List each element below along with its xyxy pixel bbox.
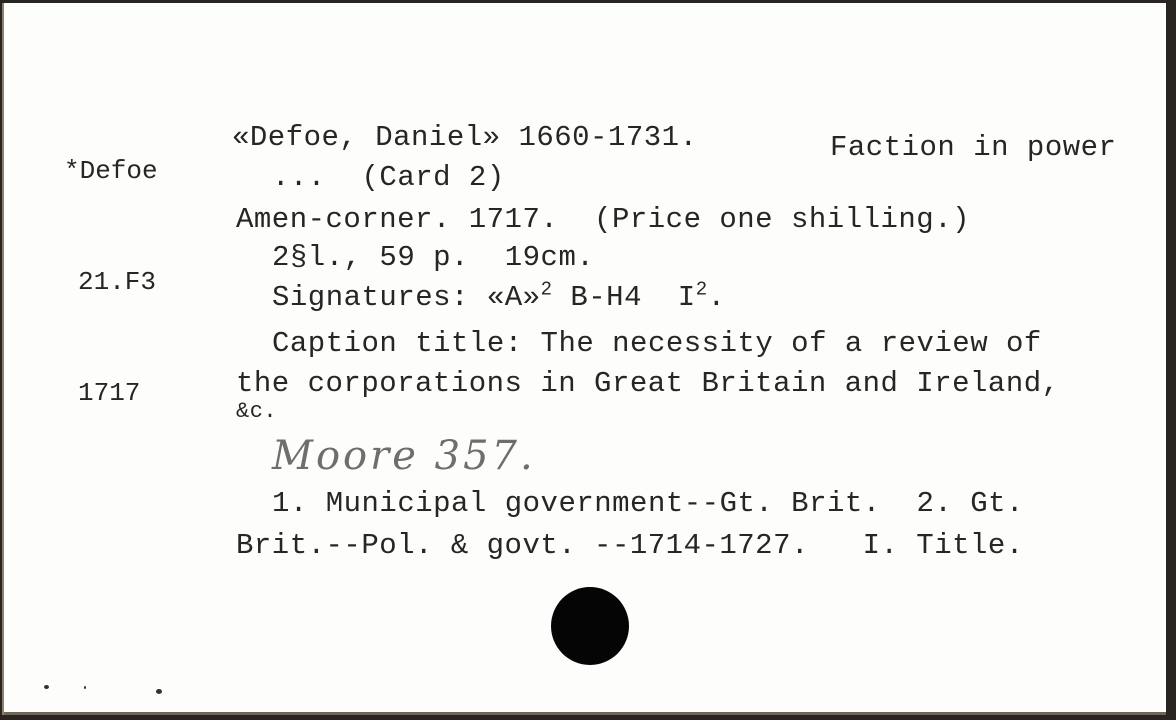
collation: 2§l., 59 p. 19cm. [272, 241, 594, 274]
signatures: Signatures: «A»2 B-H4 I2. [272, 281, 726, 314]
call-number-line-1: *Defoe [64, 153, 158, 190]
signatures-label: Signatures: [272, 281, 469, 314]
speck [44, 685, 49, 689]
handwritten-note: Moore 357. [272, 433, 536, 479]
author-heading: «Defoe, Daniel» 1660-1731. [232, 121, 697, 154]
card-edge [4, 712, 1166, 715]
signatures-end: . [708, 281, 726, 314]
speck [156, 689, 162, 694]
call-number: *Defoe 21.F3 1717 [64, 79, 158, 486]
imprint: Amen-corner. 1717. (Price one shilling.) [236, 203, 970, 236]
punch-hole [551, 587, 629, 665]
call-number-line-2: 21.F3 [64, 264, 158, 301]
signatures-sup-a: 2 [541, 278, 553, 300]
card-continuation: ... (Card 2) [272, 161, 505, 194]
tracings-line-2: Brit.--Pol. & govt. --1714-1727. I. Titl… [236, 529, 1024, 562]
signatures-b: B-H4 I [552, 281, 695, 314]
speck [84, 686, 86, 689]
call-number-line-3: 1717 [64, 375, 158, 412]
catalog-card: *Defoe 21.F3 1717 «Defoe, Daniel» 1660-1… [2, 3, 1170, 715]
signatures-sup-b: 2 [696, 278, 708, 300]
caption-title-line-2: the corporations in Great Britain and Ir… [236, 367, 1060, 400]
caption-title-line-3: &c. [236, 399, 277, 424]
tracings-line-1: 1. Municipal government--Gt. Brit. 2. Gt… [272, 487, 1024, 520]
title-fragment: Faction in power [830, 131, 1116, 164]
caption-title-line-1: Caption title: The necessity of a review… [272, 327, 1042, 360]
signatures-a: «A» [487, 281, 541, 314]
